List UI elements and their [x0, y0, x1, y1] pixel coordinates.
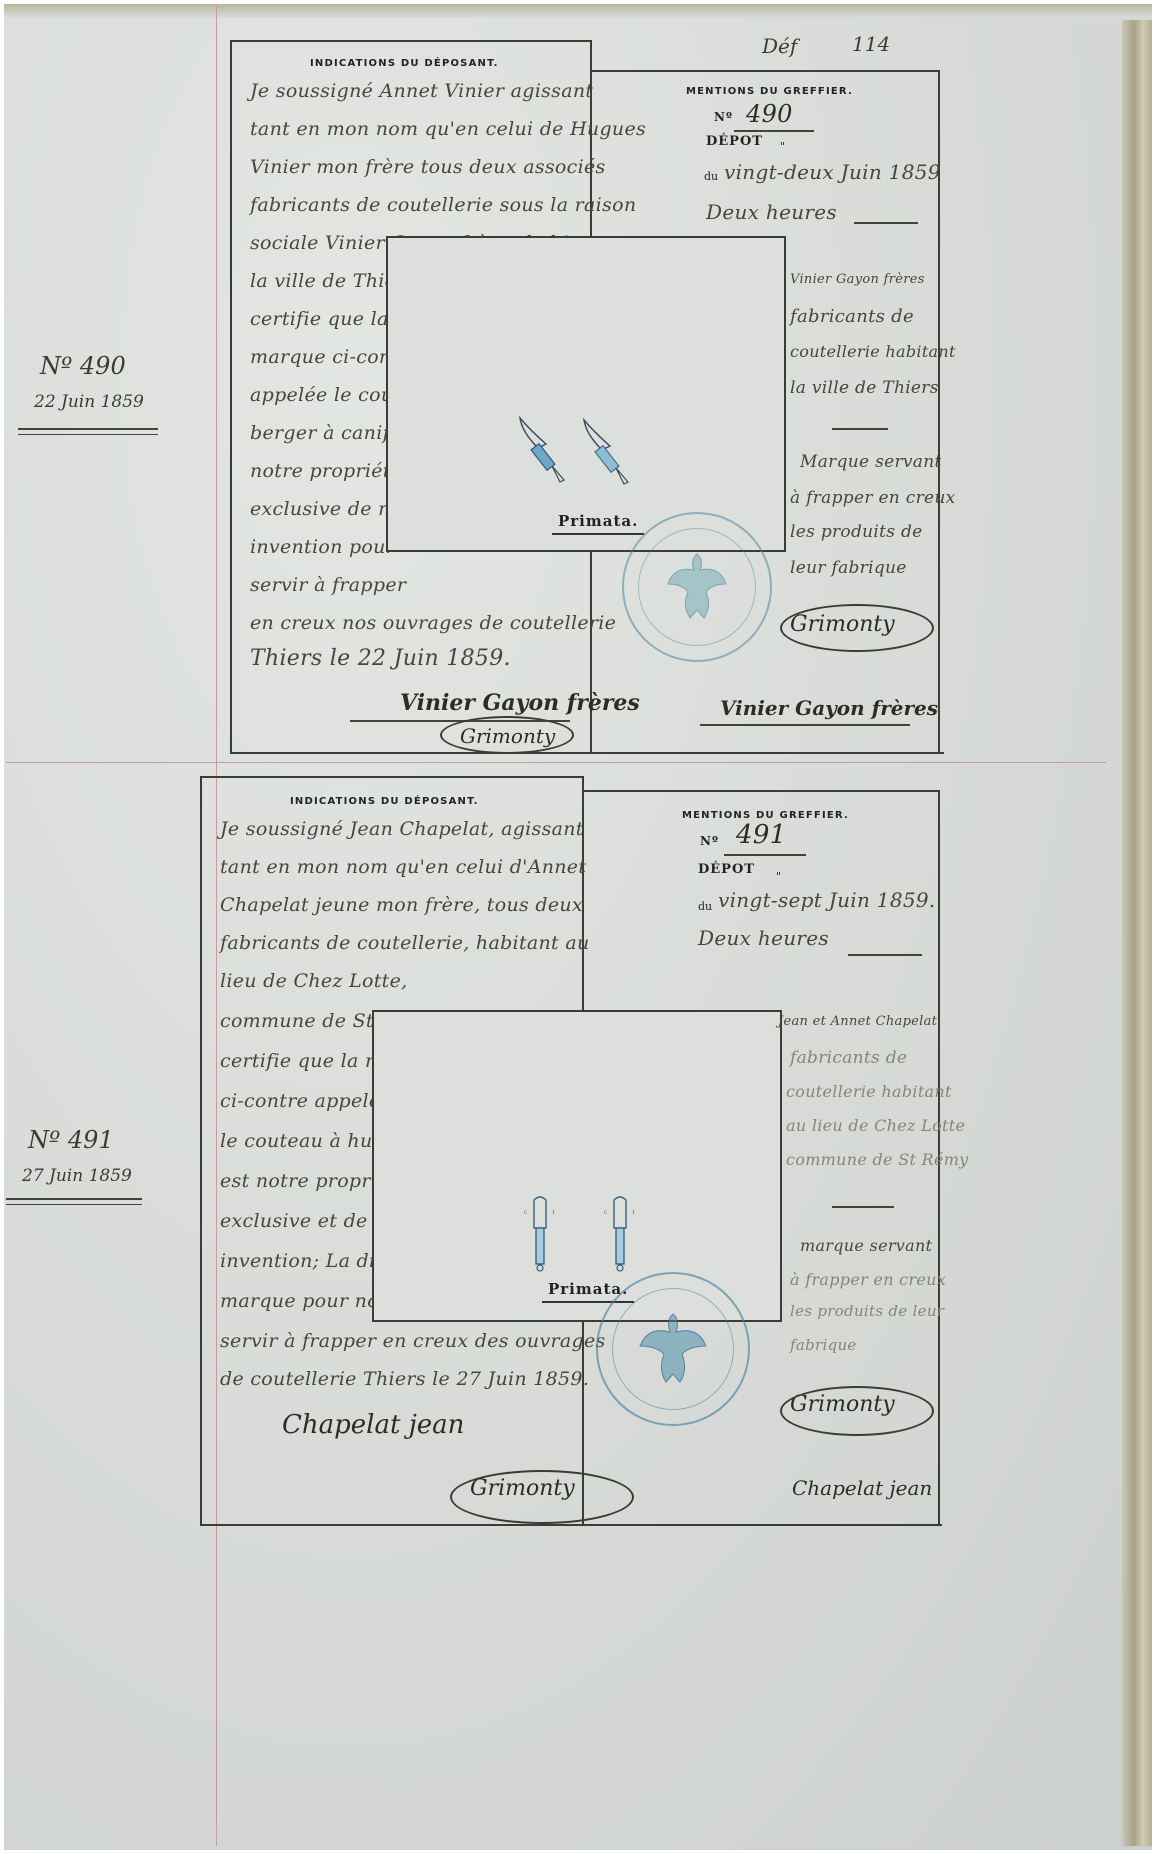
- depot-date: vingt-sept Juin 1859.: [718, 888, 936, 912]
- greffier-usage-line: Marque servant: [800, 452, 942, 472]
- number-underline: [734, 130, 814, 132]
- depot-ditto: ": [776, 870, 781, 883]
- greffier-usage-line: marque servant: [800, 1236, 932, 1255]
- number-label: Nº: [700, 834, 719, 848]
- depositant-line: invention; La dite: [220, 1250, 395, 1272]
- greffier-number: 491: [736, 820, 787, 850]
- depositant-line: tant en mon nom qu'en celui d'Annet: [220, 856, 586, 878]
- table-knife-icon: CT: [600, 1194, 640, 1274]
- depositant-line: fabricants de coutellerie, habitant au: [220, 932, 589, 954]
- depositant-line: Je soussigné Annet Vinier agissant: [250, 80, 593, 102]
- frame-top-left: [200, 776, 584, 778]
- depot-ditto: ": [780, 140, 785, 153]
- signature-flourish: [780, 1386, 934, 1436]
- eagle-icon: [624, 514, 770, 660]
- margin-underline: [18, 434, 158, 435]
- greffier-depositor-line: au lieu de Chez Lotte: [786, 1116, 965, 1135]
- greffier-divider: [832, 1206, 894, 1208]
- number-label: Nº: [714, 110, 733, 124]
- depositant-line: invention pour: [250, 536, 395, 558]
- time-underline: [854, 222, 918, 224]
- depositant-heading: Indications du déposant.: [310, 58, 499, 69]
- depot-time: Deux heures: [706, 200, 837, 224]
- signature-flourish: [440, 716, 574, 754]
- page-top-edge: [4, 4, 1152, 18]
- tribunal-stamp: [622, 512, 772, 662]
- greffier-depositor-line: coutellerie habitant: [786, 1082, 952, 1101]
- number-underline: [724, 854, 806, 856]
- greffier-signature: Vinier Gayon frères: [720, 696, 938, 720]
- eagle-icon: [598, 1274, 748, 1424]
- greffier-usage-line: les produits de: [790, 522, 923, 542]
- greffier-depositor-line: coutellerie habitant: [790, 342, 956, 361]
- du-label: du: [698, 900, 712, 913]
- greffier-depositor-line: commune de St Rémy: [786, 1150, 969, 1169]
- greffier-heading: Mentions du greffier.: [686, 86, 853, 97]
- svg-text:T: T: [632, 1211, 635, 1216]
- greffier-number: 490: [746, 100, 793, 128]
- frame-top-left: [230, 40, 590, 42]
- depositant-signature: Chapelat jean: [282, 1410, 464, 1440]
- signature-underline: [700, 724, 910, 726]
- svg-text:T: T: [552, 1211, 555, 1216]
- depositant-line: ci-contre appelée: [220, 1090, 392, 1112]
- signature-flourish: [450, 1470, 634, 1524]
- depositant-line: Vinier mon frère tous deux associés: [250, 156, 606, 178]
- depositant-line: notre propriété: [250, 460, 402, 482]
- svg-text:C: C: [524, 1211, 528, 1216]
- depositant-line: certifie que la: [250, 308, 389, 330]
- svg-text:C: C: [604, 1211, 608, 1216]
- table-knife-icon: CT: [520, 1194, 560, 1274]
- depot-date: vingt-deux Juin 1859: [724, 160, 941, 184]
- margin-underline: [6, 1204, 142, 1205]
- tribunal-stamp: [596, 1272, 750, 1426]
- depositant-heading: Indications du déposant.: [290, 796, 479, 807]
- greffier-signature: Chapelat jean: [792, 1476, 932, 1500]
- greffier-usage-line: leur fabrique: [790, 558, 907, 578]
- depot-time: Deux heures: [698, 926, 829, 950]
- book-binding: [1122, 20, 1152, 1846]
- greffier-usage-line: à frapper en creux: [790, 1270, 946, 1289]
- depositant-signature: Vinier Gayon frères: [400, 690, 640, 716]
- depositant-line: Je soussigné Jean Chapelat, agissant: [220, 818, 584, 840]
- du-label: du: [704, 170, 718, 183]
- signature-flourish: [780, 604, 934, 652]
- depositant-line: de coutellerie Thiers le 27 Juin 1859.: [220, 1368, 589, 1390]
- depositant-line: servir à frapper en creux des ouvrages: [220, 1330, 606, 1352]
- greffier-usage-line: fabrique: [790, 1336, 857, 1354]
- margin-underline: [18, 428, 158, 430]
- greffier-usage-line: à frapper en creux: [790, 488, 956, 508]
- frame-top-right: [584, 790, 940, 792]
- depositant-line: Thiers le 22 Juin 1859.: [250, 646, 511, 671]
- greffier-usage-line: les produits de leur: [790, 1302, 944, 1320]
- margin-underline: [6, 1198, 142, 1200]
- depositant-line: fabricants de coutellerie sous la raison: [250, 194, 636, 216]
- time-underline: [848, 954, 922, 956]
- depot-label: DÉPOT: [698, 862, 755, 877]
- depositant-line: tant en mon nom qu'en celui de Hugues: [250, 118, 646, 140]
- entry-separator-rule: [6, 762, 1106, 763]
- depositant-line: servir à frapper: [250, 574, 406, 596]
- depositant-line: lieu de Chez Lotte,: [220, 970, 408, 992]
- mark-imprint-frame: Primata.: [386, 236, 786, 552]
- depot-label: DÉPOT: [706, 134, 763, 149]
- margin-entry-date: 22 Juin 1859: [34, 392, 144, 412]
- greffier-depositor-line: Vinier Gayon frères: [790, 272, 925, 287]
- greffier-depositor-line: la ville de Thiers: [790, 378, 939, 398]
- frame-top-right: [590, 70, 940, 72]
- margin-entry-number: Nº 490: [40, 352, 126, 380]
- margin-entry-number: Nº 491: [28, 1126, 114, 1154]
- depositant-line: en creux nos ouvrages de coutellerie: [250, 612, 616, 634]
- folding-knife-icon: [580, 416, 700, 500]
- greffier-depositor-line: fabricants de: [790, 306, 914, 327]
- margin-entry-date: 27 Juin 1859: [22, 1166, 132, 1186]
- greffier-depositor-line: fabricants de: [790, 1048, 907, 1068]
- greffier-depositor-line: Jean et Annet Chapelat: [778, 1014, 937, 1029]
- greffier-divider: [832, 428, 888, 430]
- depositant-line: Chapelat jeune mon frère, tous deux: [220, 894, 583, 916]
